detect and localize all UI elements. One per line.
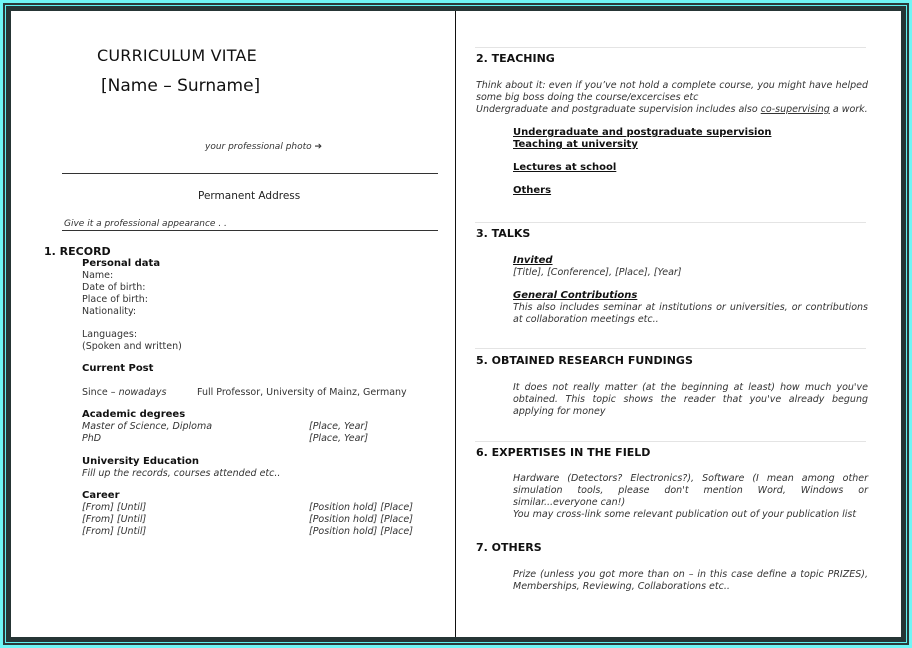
header-rule — [62, 173, 438, 174]
university-education-text: Fill up the records, courses attended et… — [82, 468, 280, 479]
field-place-of-birth: Place of birth: — [82, 294, 148, 305]
photo-hint: your professional photo ➔ — [205, 142, 322, 152]
career-period: [From] [Until] — [82, 514, 146, 525]
section-others-heading: 7. OTHERS — [476, 541, 542, 554]
field-name: Name: — [82, 270, 113, 281]
career-heading: Career — [82, 490, 120, 501]
career-position: [Position hold] [Place] — [309, 526, 413, 537]
teaching-item-supervision: Undergraduate and postgraduate supervisi… — [513, 127, 771, 138]
others-text: Prize (unless you got more than on – in … — [513, 569, 868, 593]
personal-data-heading: Personal data — [82, 258, 160, 269]
teaching-text-1: Think about it: even if you’ve not hold … — [476, 80, 868, 104]
fundings-text: It does not really matter (at the beginn… — [513, 382, 868, 418]
permanent-address: Permanent Address — [198, 190, 300, 202]
current-post-since: Since – nowadays — [82, 387, 166, 398]
section-rule — [475, 441, 866, 442]
document-page: CURRICULUM VITAE [Name – Surname] your p… — [11, 11, 901, 637]
degree-place: [Place, Year] — [309, 421, 368, 432]
field-date-of-birth: Date of birth: — [82, 282, 145, 293]
column-divider — [455, 11, 456, 637]
section-record-heading: 1. RECORD — [44, 245, 111, 258]
field-languages: Languages: — [82, 329, 137, 340]
current-post-value: Full Professor, University of Mainz, Ger… — [197, 387, 407, 398]
expertises-text-2: You may cross-link some relevant publica… — [513, 509, 856, 520]
teaching-text-2-post: a work. — [830, 104, 868, 115]
talks-general-heading: General Contributions — [513, 290, 637, 301]
expertises-text-1: Hardware (Detectors? Electronics?), Soft… — [513, 473, 868, 509]
section-fundings-heading: 5. OBTAINED RESEARCH FUNDINGS — [476, 354, 693, 367]
career-position: [Position hold] [Place] — [309, 502, 413, 513]
teaching-item-others: Others — [513, 185, 551, 196]
address-rule — [62, 230, 438, 231]
talks-general-text: This also includes seminar at institutio… — [513, 302, 868, 326]
degree-place: [Place, Year] — [309, 433, 368, 444]
career-position: [Position hold] [Place] — [309, 514, 413, 525]
section-rule — [475, 348, 866, 349]
since-label: Since – — [82, 387, 119, 398]
degree-item: Master of Science, Diploma — [82, 421, 212, 432]
university-education-heading: University Education — [82, 456, 199, 467]
talks-invited-heading: Invited — [513, 255, 553, 266]
current-post-heading: Current Post — [82, 363, 153, 374]
teaching-item-school: Lectures at school — [513, 162, 616, 173]
cv-name: [Name – Surname] — [101, 76, 260, 96]
cv-title: CURRICULUM VITAE — [97, 46, 257, 65]
field-languages-note: (Spoken and written) — [82, 341, 182, 352]
career-period: [From] [Until] — [82, 502, 146, 513]
section-rule — [475, 47, 866, 48]
career-period: [From] [Until] — [82, 526, 146, 537]
teaching-text-2-pre: Undergraduate and postgraduate supervisi… — [476, 104, 761, 115]
since-value: nowadays — [119, 387, 167, 398]
academic-degrees-heading: Academic degrees — [82, 409, 185, 420]
section-teaching-heading: 2. TEACHING — [476, 52, 555, 65]
degree-item: PhD — [82, 433, 101, 444]
appearance-hint: Give it a professional appearance . . — [64, 219, 227, 229]
teaching-text-2: Undergraduate and postgraduate supervisi… — [476, 104, 868, 116]
section-talks-heading: 3. TALKS — [476, 227, 530, 240]
teaching-item-university: Teaching at university — [513, 139, 638, 150]
section-rule — [475, 222, 866, 223]
photo-hint-text: your professional photo — [205, 142, 312, 152]
arrow-right-icon: ➔ — [315, 142, 323, 152]
talks-invited-text: [Title], [Conference], [Place], [Year] — [513, 267, 682, 278]
field-nationality: Nationality: — [82, 306, 136, 317]
section-expertises-heading: 6. EXPERTISES IN THE FIELD — [476, 446, 650, 459]
co-supervising-term: co-supervising — [761, 104, 830, 115]
